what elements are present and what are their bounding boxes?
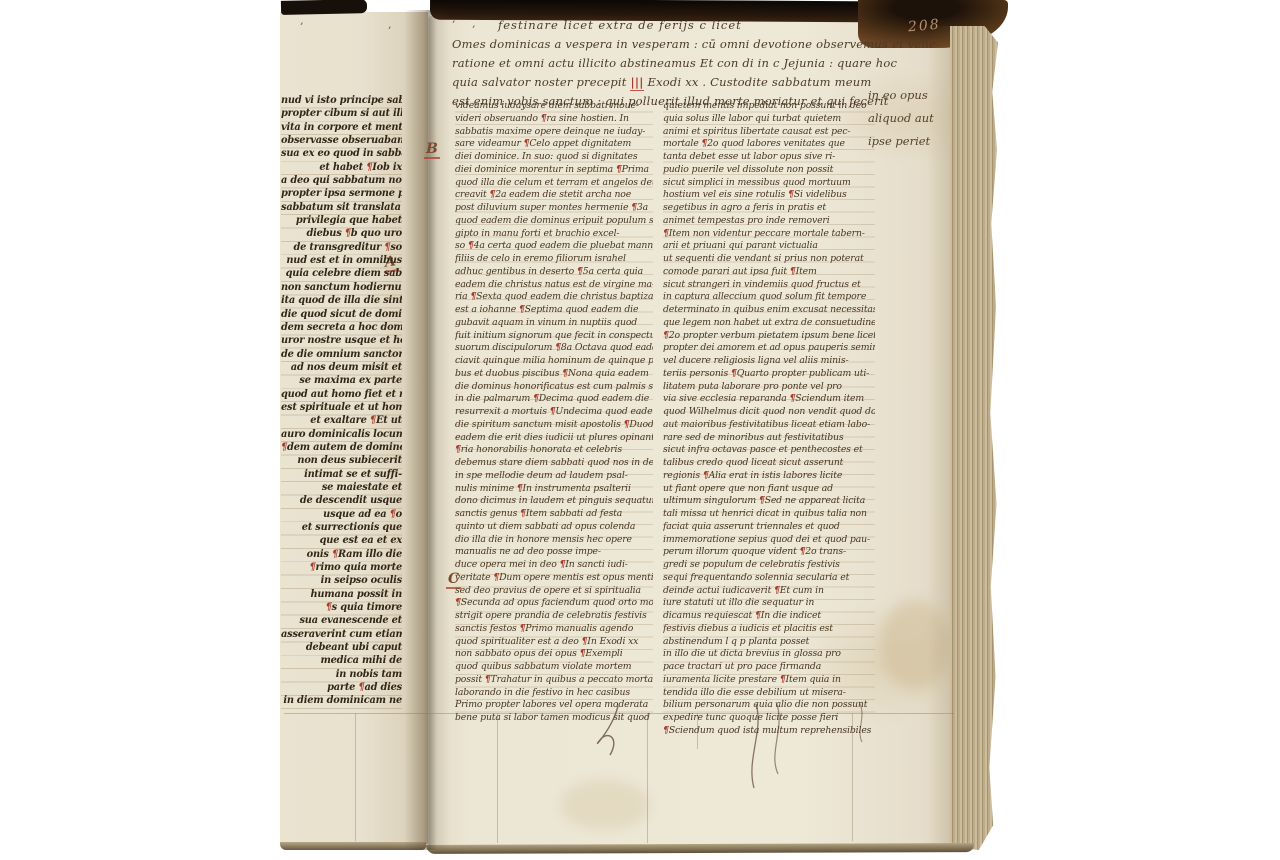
ruling-line-vertical [497,713,498,843]
manuscript-line: ultimum singulorum ¶Sed ne appareat lici… [663,495,875,508]
manuscript-line: nulis minime ¶In instrumenta psalterii [455,483,653,496]
manuscript-line: gipto in manu forti et brachio excel- [455,228,653,241]
manuscript-line: regionis ¶Alia erat in istis labores lic… [663,470,875,483]
manuscript-line: aut maioribus festivitatibus liceat etia… [663,419,875,432]
manuscript-line: creavit ¶2a eadem die stetit archa noe [455,189,653,202]
manuscript-line: festivis diebus a iudicis et placitis es… [663,623,875,636]
manuscript-line: ¶rimo quia morte [281,562,402,575]
manuscript-line: die dominus honorificatus est cum palmis… [455,381,653,394]
manuscript-line: propter cibum si aut illud [281,108,402,121]
quill-mark: ’ [388,26,391,37]
manuscript-line: nud est et in omnibus [281,255,402,268]
manuscript-line: que est ea et ex [281,535,402,548]
manuscript-line: ria ¶Sexta quod eadem die christus bapti… [455,291,653,304]
manuscript-line: talibus credo quod liceat sicut asserunt [663,457,875,470]
left-page-text-column: nud vi isto principe sabpropter cibum si… [281,95,402,709]
manuscript-line: mortale ¶2o quod labores venitates que [663,138,875,151]
bottom-page-edge-left [280,842,426,850]
manuscript-line: diebus ¶b quo uro [281,228,402,241]
ruling-line-vertical [355,713,356,841]
manuscript-line: ad nos deum misit et [281,362,402,375]
manuscript-line: quod spiritualiter est a deo ¶In Exodi x… [455,636,653,649]
manuscript-line: animet tempestas pro inde removeri [663,215,875,228]
manuscript-line: in seipso oculis [281,575,402,588]
manuscript-line: arii et priuani qui parant victualia [663,240,875,253]
manuscript-line: quia salvator noster precepit ||| Exodi … [452,75,932,94]
manuscript-line: dio illa die in honore mensis hec opere [455,534,653,547]
manuscript-line: ¶dem autem de domino [281,442,402,455]
manuscript-line: possit ¶Trahatur in quibus a peccato mor… [455,674,653,687]
manuscript-line: suorum discipulorum ¶8a Octava quod eade… [455,342,653,355]
manuscript-line: non deus subiecerit [281,455,402,468]
manuscript-line: in diem dominicam ne [281,695,402,708]
manuscript-line: de die omnium sanctorum [281,349,402,362]
manuscript-line: Primo propter labores vel opera moderata [455,699,653,712]
manuscript-line: in die palmarum ¶Decima quod eadem die [455,393,653,406]
manuscript-line: iure statuti ut illo die sequatur in [663,597,875,610]
manuscript-line: videri obseruando ¶ra sine hostien. In [455,113,653,126]
manuscript-line: quinto ut diem sabbati ad opus colenda [455,521,653,534]
manuscript-line: fuit initium signorum que fecit in consp… [455,330,653,343]
right-margin-note: in eo opusaliquod autipse periet [868,88,964,157]
manuscript-line: sua ex eo quod in sabbato [281,148,402,161]
manuscript-line: iuramenta licite prestare ¶Item quia in [663,674,875,687]
manuscript-line: sua evanescende et [281,615,402,628]
manuscript-line: ¶ria honorabilis honorata et celebris [455,444,653,457]
manuscript-line: via sive ecclesia reparanda ¶Sciendum it… [663,393,875,406]
manuscript-line: tendida illo die esse debilium ut misera… [663,687,875,700]
manuscript-line: duce opera mei in deo ¶In sancti iudi- [455,559,653,572]
manuscript-line: propter dei amorem et ad opus pauperis s… [663,342,875,355]
manuscript-line: deinde actui iudicaverit ¶Et cum in [663,585,875,598]
manuscript-line: in nobis tam [281,669,402,682]
manuscript-line: resurrexit a mortuis ¶Undecima quod eade… [455,406,653,419]
manuscript-line: ¶Item non videntur peccare mortale taber… [663,228,875,241]
manuscript-line: sicut infra octavas pasce et penthecoste… [663,444,875,457]
manuscript-line: dicamus requiescat ¶In die indicet [663,610,875,623]
manuscript-line: privilegia que habet [281,215,402,228]
manuscript-line: expedire tunc quoque licite posse fieri [663,712,875,725]
manuscript-line: dem secreta a hoc dominica [281,322,402,335]
manuscript-line: litatem puta laborare pro ponte vel pro [663,381,875,394]
manuscript-line: ¶Secunda ad opus faciendum quod orto mo- [455,597,653,610]
manuscript-line: est a iohanne ¶Septima quod eadem die [455,304,653,317]
manuscript-line: ut sequenti die vendant si prius non pot… [663,253,875,266]
manuscript-line: quod illa die celum et terram et angelos… [455,177,653,190]
manuscript-line: pudio puerile vel dissolute non possit [663,164,875,177]
manuscript-line: usque ad ea ¶o [281,509,402,522]
quill-mark: ’ [472,25,475,36]
manuscript-line: ita quod de illa die sint [281,295,402,308]
manuscript-line: eadem die christus natus est de virgine … [455,279,653,292]
manuscript-line: intimat se et suffi- [281,469,402,482]
header-text: festinare licet extra de ferijs c licetO… [452,18,932,113]
manuscript-line: die spiritum sanctum misit apostolis ¶Du… [455,419,653,432]
manuscript-line: sed deo pravius de opere et si spiritual… [455,585,653,598]
manuscript-line: segetibus in agro a feris in pratis et [663,202,875,215]
quill-mark: ’ [300,22,303,33]
manuscript-line: observasse obseruabant [281,135,402,148]
manuscript-line: die quod sicut de dominica [281,309,402,322]
manuscript-line: que legem non habet ut extra de consuetu… [663,317,875,330]
manuscript-line: bilium personarum quia alio die non poss… [663,699,875,712]
manuscript-line: ¶2o propter verbum pietatem ipsum bene l… [663,330,875,343]
manuscript-line: tali missa ut henrici dicat in quibus ta… [663,508,875,521]
manuscript-line: et habet ¶Iob ix [281,162,402,175]
quill-mark: ’ [452,20,455,31]
manuscript-line: se maiestate et [281,482,402,495]
manuscript-line: sicut simplici in messibus quod mortuum [663,177,875,190]
manuscript-line: rare sed de minoribus aut festivitatibus [663,432,875,445]
manuscript-line: quod Wilhelmus dicit quod non vendit quo… [663,406,875,419]
manuscript-line: uror nostre usque et hoc [281,335,402,348]
manuscript-line: abstinendum l q p planta posset [663,636,875,649]
manuscript-line: veritate ¶Dum opere mentis est opus ment… [455,572,653,585]
manuscript-line: sequi frequentando solennia secularia et [663,572,875,585]
manuscript-line: quod aut homo fiet et non [281,389,402,402]
manuscript-line: post diluvium super montes hermenie ¶3a [455,202,653,215]
manuscript-line: in eo opus [868,88,964,111]
manuscript-line: se maxima ex parte [281,375,402,388]
manuscript-line: de transgreditur ¶so [281,242,402,255]
manuscript-line: bus et duobus piscibus ¶Nona quia eadem [455,368,653,381]
manuscript-line: ciavit quinque milia hominum de quinque … [455,355,653,368]
manuscript-line: in spe mellodie deum ad laudem psal- [455,470,653,483]
manuscript-line: onis ¶Ram illo die [281,549,402,562]
manuscript-line: aliquod aut [868,111,964,134]
manuscript-line: dono dicimus in laudem et pinguis sequat… [455,495,653,508]
right-text-column: quietem mentis impediat non possunt in d… [663,100,875,713]
manuscript-line: debemus stare diem sabbati quod nos in d… [455,457,653,470]
manuscript-line: sanctis festos ¶Primo manualis agendo [455,623,653,636]
manuscript-line: determinato in quibus enim excusat neces… [663,304,875,317]
manuscript-line: et exaltare ¶Et ut [281,415,402,428]
manuscript-line: sabbatis maxime opere deinque ne iuday- [455,126,653,139]
manuscript-line: nud vi isto principe sab [281,95,402,108]
manuscript-line: diei dominice. In suo: quod si dignitate… [455,151,653,164]
manuscript-line: vita in corpore et mente [281,122,402,135]
manuscript-line: filiis de celo in eremo filiorum israhel [455,253,653,266]
manuscript-line: animi et spiritus libertate causat est p… [663,126,875,139]
manuscript-line: gredi se populum de celebratis festivis [663,559,875,572]
binding-top-left [281,0,367,15]
manuscript-line: quia solus ille labor qui turbat quietem [663,113,875,126]
manuscript-line: quod quibus sabbatum violate mortem [455,661,653,674]
manuscript-line: auro dominicalis locum [281,429,402,442]
manuscript-line: sicut strangeri in vindemiis quod fructu… [663,279,875,292]
manuscript-line: Omes dominicas a vespera in vesperam : c… [452,37,932,56]
manuscript-line: festinare licet extra de ferijs c licet [498,18,932,37]
manuscript-line: humana possit in [281,589,402,602]
manuscript-line: quia celebre diem sab [281,268,402,281]
manuscript-line: pace tractari ut pro pace firmanda [663,661,875,674]
manuscript-line: ¶s quia timore [281,602,402,615]
open-book: festinare licet extra de ferijs c licetO… [0,0,1280,860]
manuscript-line: non sabbato opus dei opus ¶Exempli [455,648,653,661]
manuscript-line: strigit opere prandia de celebratis fest… [455,610,653,623]
manuscript-line: vel ducere religiosis ligna vel aliis mi… [663,355,875,368]
manuscript-line: non sanctum hodiernum diem [281,282,402,295]
manuscript-line: immemoratione sepius quod dei et quod pa… [663,534,875,547]
manuscript-line: laborando in die festivo in hec casibus [455,687,653,700]
manuscript-line: in illo die ut dicta brevius in glossa p… [663,648,875,661]
margin-letter-b: B [424,142,440,159]
manuscript-line: ipse periet [868,134,964,157]
manuscript-line: teriis personis ¶Quarto propter publicam… [663,368,875,381]
manuscript-line: perum illorum quoque vident ¶2o trans- [663,546,875,559]
manuscript-line: ratione et omni actu illicito abstineamu… [452,56,932,75]
manuscript-line: gubavit aquam in vinum in nuptiis quod [455,317,653,330]
manuscript-photo: festinare licet extra de ferijs c licetO… [0,0,1280,860]
manuscript-line: est spirituale et ut hominem [281,402,402,415]
manuscript-line: manualis ne ad deo posse impe- [455,546,653,559]
manuscript-line: videamus iudaysare diem sabbati moue- [455,100,653,113]
manuscript-line: medica mihi de [281,655,402,668]
manuscript-line: tanta debet esse ut labor opus sive ri- [663,151,875,164]
manuscript-line: quietem mentis impediat non possunt in d… [663,100,875,113]
manuscript-line: asseraverint cum etiam [281,629,402,642]
manuscript-line: sabbatum sit translata in [281,202,402,215]
manuscript-line: sare videamur ¶Celo appet dignitatem [455,138,653,151]
manuscript-line: hostium vel eis sine rotulis ¶Si videlib… [663,189,875,202]
manuscript-line: eadem die erit dies iudicii ut plures op… [455,432,653,445]
manuscript-line: parte ¶ad dies [281,682,402,695]
manuscript-line: de descendit usque [281,495,402,508]
manuscript-line: ¶Sciendum quod ista multum reprehensibil… [663,725,875,738]
manuscript-line: debeant ubi caput [281,642,402,655]
manuscript-line: adhuc gentibus in deserto ¶5a certa quia [455,266,653,279]
folio-number: 208 [907,17,941,36]
bottom-page-edge-right [426,843,974,854]
manuscript-line: faciat quia asserunt triennales et quod [663,521,875,534]
manuscript-line: bene puta si labor tamen modicus sit quo… [455,712,653,725]
manuscript-line: sanctis genus ¶Item sabbati ad festa [455,508,653,521]
manuscript-line: comode parari aut ipsa fuit ¶Item [663,266,875,279]
center-text-column: videamus iudaysare diem sabbati moue-vid… [455,100,653,713]
manuscript-line: in captura alleccium quod solum fit temp… [663,291,875,304]
manuscript-line: so ¶4a certa quod eadem die pluebat mann… [455,240,653,253]
manuscript-line: quod eadem die dominus eripuit populum s… [455,215,653,228]
manuscript-line: ut fiant opere que non fiant usque ad [663,483,875,496]
manuscript-line: et surrectionis que [281,522,402,535]
manuscript-line: a deo qui sabbatum non [281,175,402,188]
manuscript-line: propter ipsa sermone potest [281,188,402,201]
ruling-line-vertical [647,713,648,843]
manuscript-line: diei dominice morentur in septima ¶Prima [455,164,653,177]
